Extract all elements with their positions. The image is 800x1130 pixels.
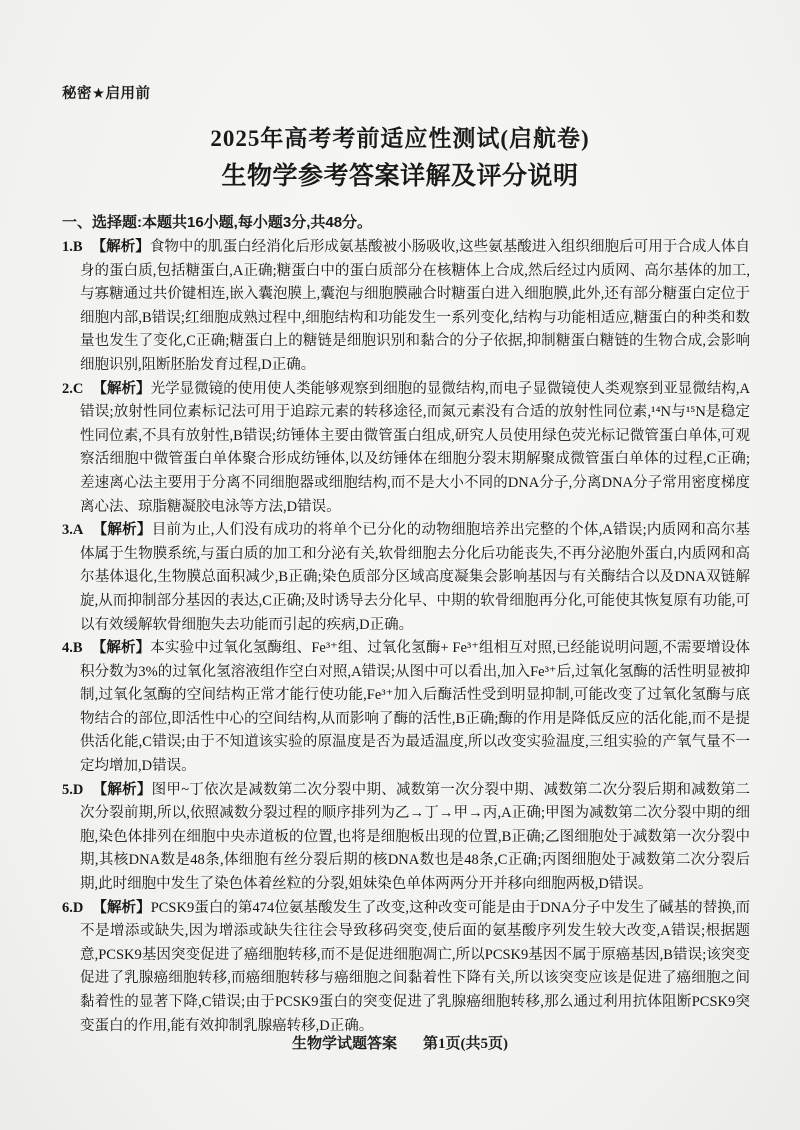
page-footer: 生物学试题答案第1页(共5页) [0, 1032, 800, 1053]
answer-item-2: 2.C【解析】光学显微镜的使用使人类能够观察到细胞的显微结构,而电子显微镜使人类… [62, 378, 750, 520]
answer-number-4: 4.B [62, 640, 83, 656]
answer-item-4: 4.B【解析】本实验中过氧化氢酶组、Fe³⁺组、过氧化氢酶+ Fe³⁺组相互对照… [62, 637, 750, 779]
answer-number-2: 2.C [62, 381, 83, 397]
answer-explanation-1: 食物中的肌蛋白经消化后形成氨基酸被小肠吸收,这些氨基酸进入组织细胞后可用于合成人… [80, 239, 750, 373]
answer-item-5: 5.D【解析】图甲~丁依次是减数第二次分裂中期、减数第一次分裂中期、减数第二次分… [62, 779, 750, 897]
analysis-tag: 【解析】 [92, 782, 151, 798]
answer-item-6: 6.D【解析】PCSK9蛋白的第474位氨基酸发生了改变,这种改变可能是由于DN… [62, 897, 750, 1039]
answer-list: 1.B【解析】食物中的肌蛋白经消化后形成氨基酸被小肠吸收,这些氨基酸进入组织细胞… [62, 236, 750, 1038]
answer-item-1: 1.B【解析】食物中的肌蛋白经消化后形成氨基酸被小肠吸收,这些氨基酸进入组织细胞… [62, 236, 750, 378]
answer-number-1: 1.B [62, 239, 83, 255]
answer-key-subtitle: 生物学参考答案详解及评分说明 [0, 156, 800, 192]
analysis-tag: 【解析】 [92, 381, 150, 397]
scanned-exam-page: 秘密★启用前 2025年高考考前适应性测试(启航卷) 生物学参考答案详解及评分说… [0, 0, 800, 1130]
answer-number-6: 6.D [62, 900, 83, 916]
answer-explanation-4: 本实验中过氧化氢酶组、Fe³⁺组、过氧化氢酶+ Fe³⁺组相互对照,已经能说明问… [80, 640, 750, 774]
analysis-tag: 【解析】 [92, 640, 151, 656]
answer-item-3: 3.A【解析】目前为止,人们没有成功的将单个已分化的动物细胞培养出完整的个体,A… [62, 519, 750, 637]
answer-number-5: 5.D [62, 782, 83, 798]
section-heading-multiple-choice: 一、选择题:本题共16小题,每小题3分,共48分。 [62, 211, 748, 232]
answer-explanation-3: 目前为止,人们没有成功的将单个已分化的动物细胞培养出完整的个体,A错误;内质网和… [80, 522, 750, 632]
analysis-tag: 【解析】 [92, 239, 150, 255]
analysis-tag: 【解析】 [92, 900, 150, 916]
security-classification: 秘密★启用前 [62, 82, 151, 103]
answer-explanation-5: 图甲~丁依次是减数第二次分裂中期、减数第一次分裂中期、减数第二次分裂后期和减数第… [80, 782, 750, 892]
footer-doc-label: 生物学试题答案 [292, 1036, 397, 1052]
answer-explanation-2: 光学显微镜的使用使人类能够观察到细胞的显微结构,而电子显微镜使人类观察到亚显微结… [80, 381, 750, 515]
exam-title: 2025年高考考前适应性测试(启航卷) [0, 120, 800, 153]
analysis-tag: 【解析】 [92, 522, 151, 538]
answer-explanation-6: PCSK9蛋白的第474位氨基酸发生了改变,这种改变可能是由于DNA分子中发生了… [80, 900, 750, 1034]
answer-number-3: 3.A [62, 522, 83, 538]
footer-page-number: 第1页(共5页) [423, 1036, 508, 1052]
